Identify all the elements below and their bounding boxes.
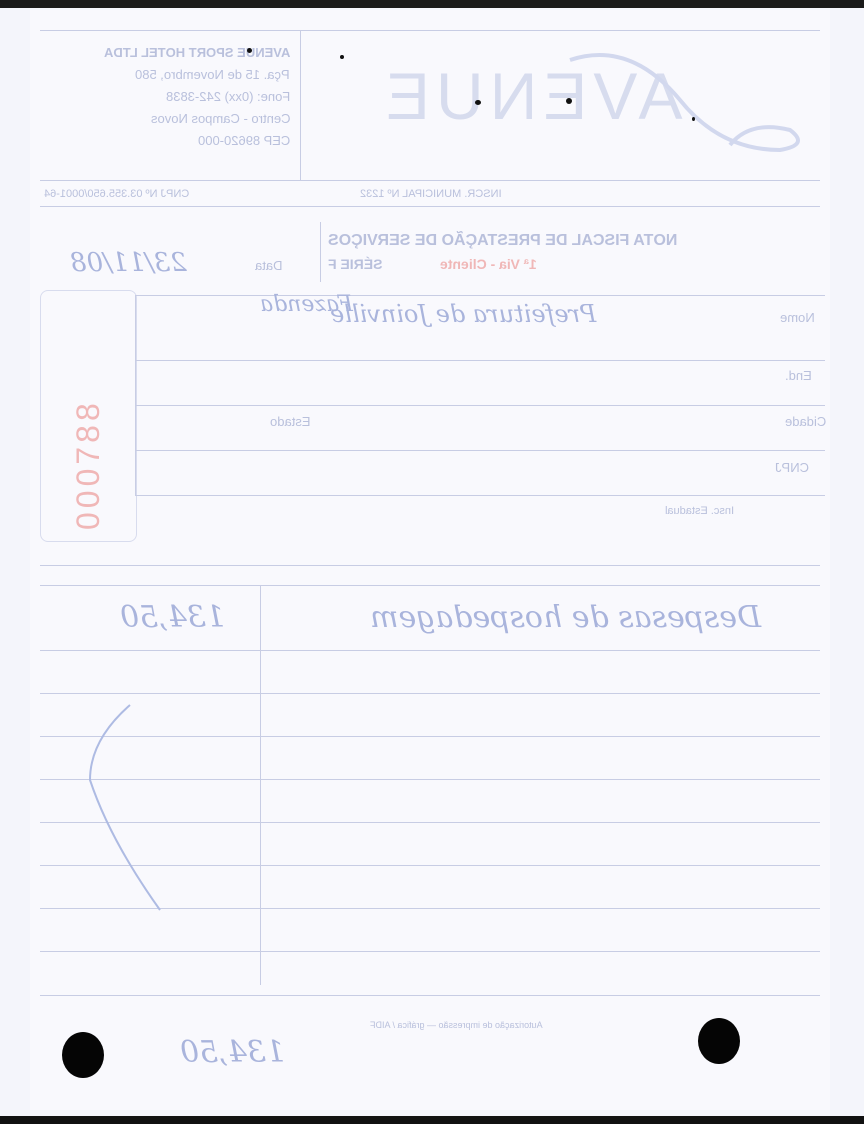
- end-label: End.: [785, 368, 812, 383]
- table-divider: [260, 585, 261, 985]
- scan-top-edge: [0, 0, 864, 8]
- field-rule: [135, 495, 825, 496]
- stamp-number: 000788: [70, 399, 107, 530]
- speck: [475, 100, 481, 105]
- company-cep: CEP 89620-000: [198, 130, 290, 152]
- inscr-line: INSCR. MUNICIPAL Nº 1232: [360, 188, 502, 200]
- company-city: Centro - Campos Novos: [151, 108, 290, 130]
- speck: [692, 117, 695, 121]
- name-value: Prefeitura de Joinville: [330, 300, 596, 328]
- table-rule: [40, 585, 820, 586]
- company-name: AVENUE SPORT HOTEL LTDA: [104, 42, 290, 64]
- field-rule: [135, 450, 825, 451]
- invoice-series: SÉRIE F: [328, 256, 382, 272]
- invoice-via: 1ª Via - Cliente: [440, 256, 537, 272]
- estado-label: Estado: [270, 414, 310, 429]
- name-label: Nome: [780, 310, 815, 325]
- cnpj-line: CNPJ Nº 03.355.650/0001-64: [44, 188, 189, 200]
- header-rule: [40, 206, 820, 207]
- punch-hole-icon: [62, 1032, 104, 1078]
- date-value: 23/11/08: [70, 248, 187, 278]
- footer-rule: [40, 995, 820, 996]
- punch-hole-icon: [698, 1018, 740, 1064]
- header-divider: [300, 30, 301, 180]
- company-phone: Fone: (0xx) 242-3838: [166, 86, 290, 108]
- name-extra: Fazenda: [260, 292, 353, 317]
- cidade-label: Cidade: [785, 414, 826, 429]
- insc-label: Insc. Estadual: [665, 505, 734, 517]
- company-address: Pça. 15 de Novembro, 580: [135, 64, 290, 86]
- table-rule: [40, 650, 820, 651]
- company-block: AVENUE SPORT HOTEL LTDA Pça. 15 de Novem…: [50, 42, 290, 152]
- header-rule: [40, 180, 820, 181]
- speck: [566, 98, 572, 104]
- field-rule: [135, 405, 825, 406]
- speck: [340, 55, 344, 59]
- line-item-description: Despesas de hospedagem: [370, 600, 761, 635]
- total-handwritten: 134,50: [180, 1035, 285, 1070]
- line-item-value: 134,50: [120, 600, 225, 635]
- cnpj-label: CNPJ: [775, 460, 809, 475]
- invoice-title: NOTA FISCAL DE PRESTAÇÃO DE SERVIÇOS: [328, 232, 677, 250]
- table-rule: [40, 951, 820, 952]
- table-rule: [40, 693, 820, 694]
- scan-bottom-edge: [0, 1116, 864, 1124]
- invoice-page: AVENUE SPORT HOTEL LTDA Pça. 15 de Novem…: [30, 10, 830, 1110]
- speck: [247, 48, 252, 53]
- handwritten-stroke-icon: [80, 700, 180, 920]
- field-rule: [135, 295, 825, 296]
- field-rule: [135, 360, 825, 361]
- date-label: Data: [255, 258, 282, 273]
- title-divider: [320, 222, 321, 282]
- header-rule: [40, 30, 820, 31]
- field-divider: [135, 295, 136, 495]
- logo-swoosh-icon: [550, 40, 810, 170]
- table-rule: [40, 565, 820, 566]
